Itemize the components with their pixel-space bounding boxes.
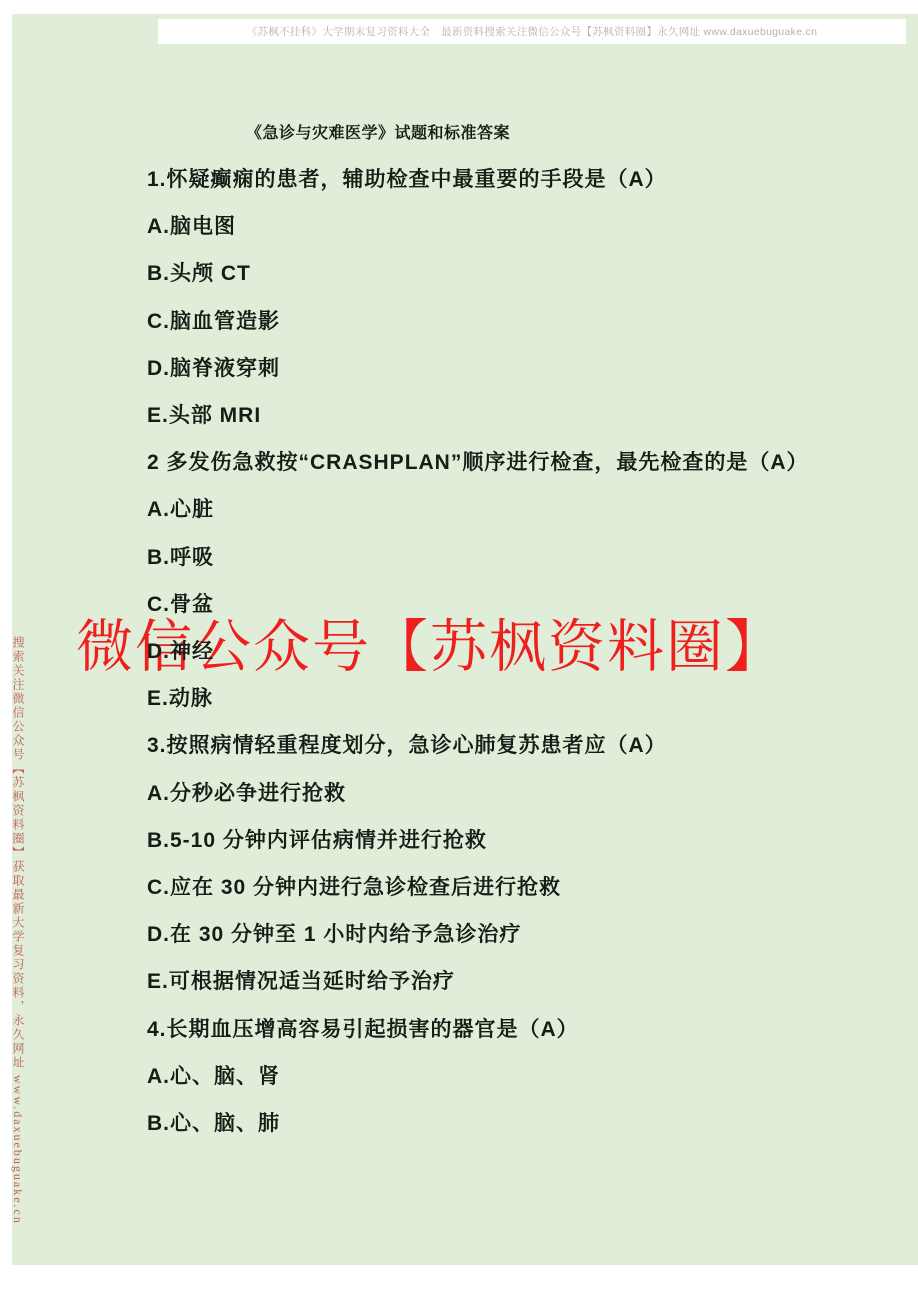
question-option: A.心脏 [147,493,214,523]
question-option: C.应在 30 分钟内进行急诊检查后进行抢救 [147,871,561,901]
question-option: E.头部 MRI [147,399,261,429]
question-option: C.骨盆 [147,588,214,618]
page-title: 《急诊与灾难医学》试题和标准答案 [246,120,510,143]
question-option: D.在 30 分钟至 1 小时内给予急诊治疗 [147,918,521,948]
question-stem: 3.按照病情轻重程度划分，急诊心肺复苏患者应（A） [147,729,667,759]
question-stem: 4.长期血压增高容易引起损害的器官是（A） [147,1013,579,1043]
document-page: { "document": { "title": "《急诊与灾难医学》试题和标准… [0,0,918,1298]
side-watermark-text: 搜索关注微信公众号【苏枫资料圈】获取最新大学复习资料，永久网址 www.daxu… [10,636,27,1116]
question-stem: 2 多发伤急救按“CRASHPLAN”顺序进行检查，最先检查的是（A） [147,446,809,476]
question-option: A.脑电图 [147,210,236,240]
question-option: C.脑血管造影 [147,305,280,335]
question-option: D.脑脊液穿刺 [147,352,280,382]
question-option: E.动脉 [147,682,213,712]
question-option: B.5-10 分钟内评估病情并进行抢救 [147,824,487,854]
question-stem: 1.怀疑癫痫的患者，辅助检查中最重要的手段是（A） [147,163,667,193]
header-watermark-text: 《苏枫不挂科》大学期末复习资料大全 最新资料搜索关注微信公众号【苏枫资料圈】永久… [247,24,818,39]
header-watermark-strip: 《苏枫不挂科》大学期末复习资料大全 最新资料搜索关注微信公众号【苏枫资料圈】永久… [158,19,906,44]
question-option: A.心、脑、肾 [147,1060,280,1090]
question-option: D.神经 [147,635,214,665]
question-option: B.呼吸 [147,541,214,571]
question-option: E.可根据情况适当延时给予治疗 [147,965,455,995]
question-option: A.分秒必争进行抢救 [147,777,346,807]
question-option: B.头颅 CT [147,257,251,287]
question-option: B.心、脑、肺 [147,1107,280,1137]
